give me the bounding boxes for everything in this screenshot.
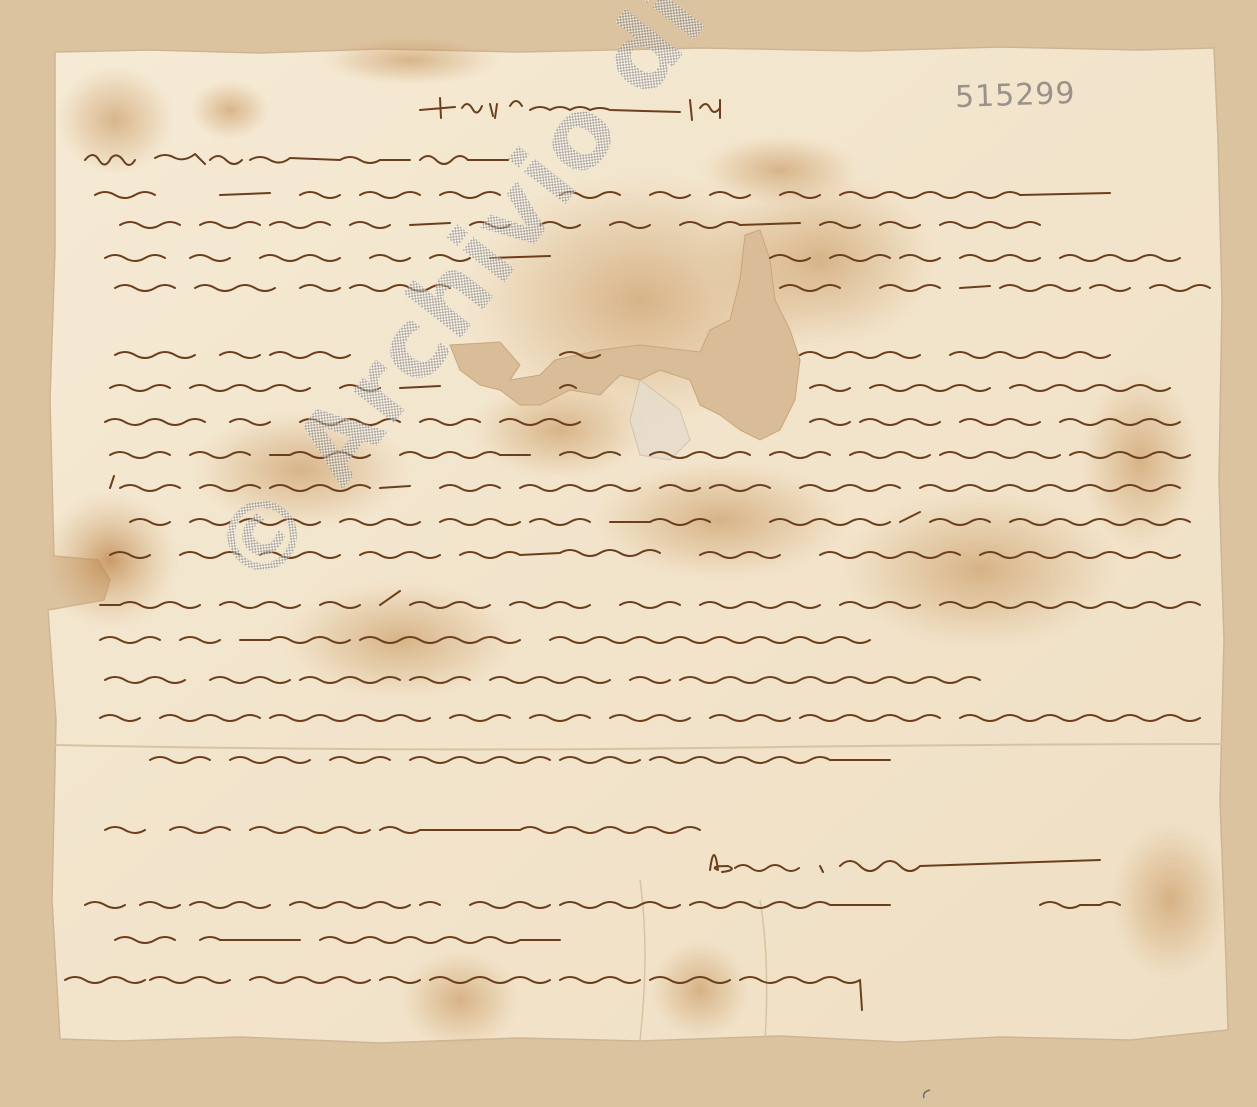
catalog-number: 515299 xyxy=(954,76,1076,115)
signature: Benedetto di Valgi(?) xyxy=(712,852,723,853)
letter-scan xyxy=(0,0,1257,1107)
